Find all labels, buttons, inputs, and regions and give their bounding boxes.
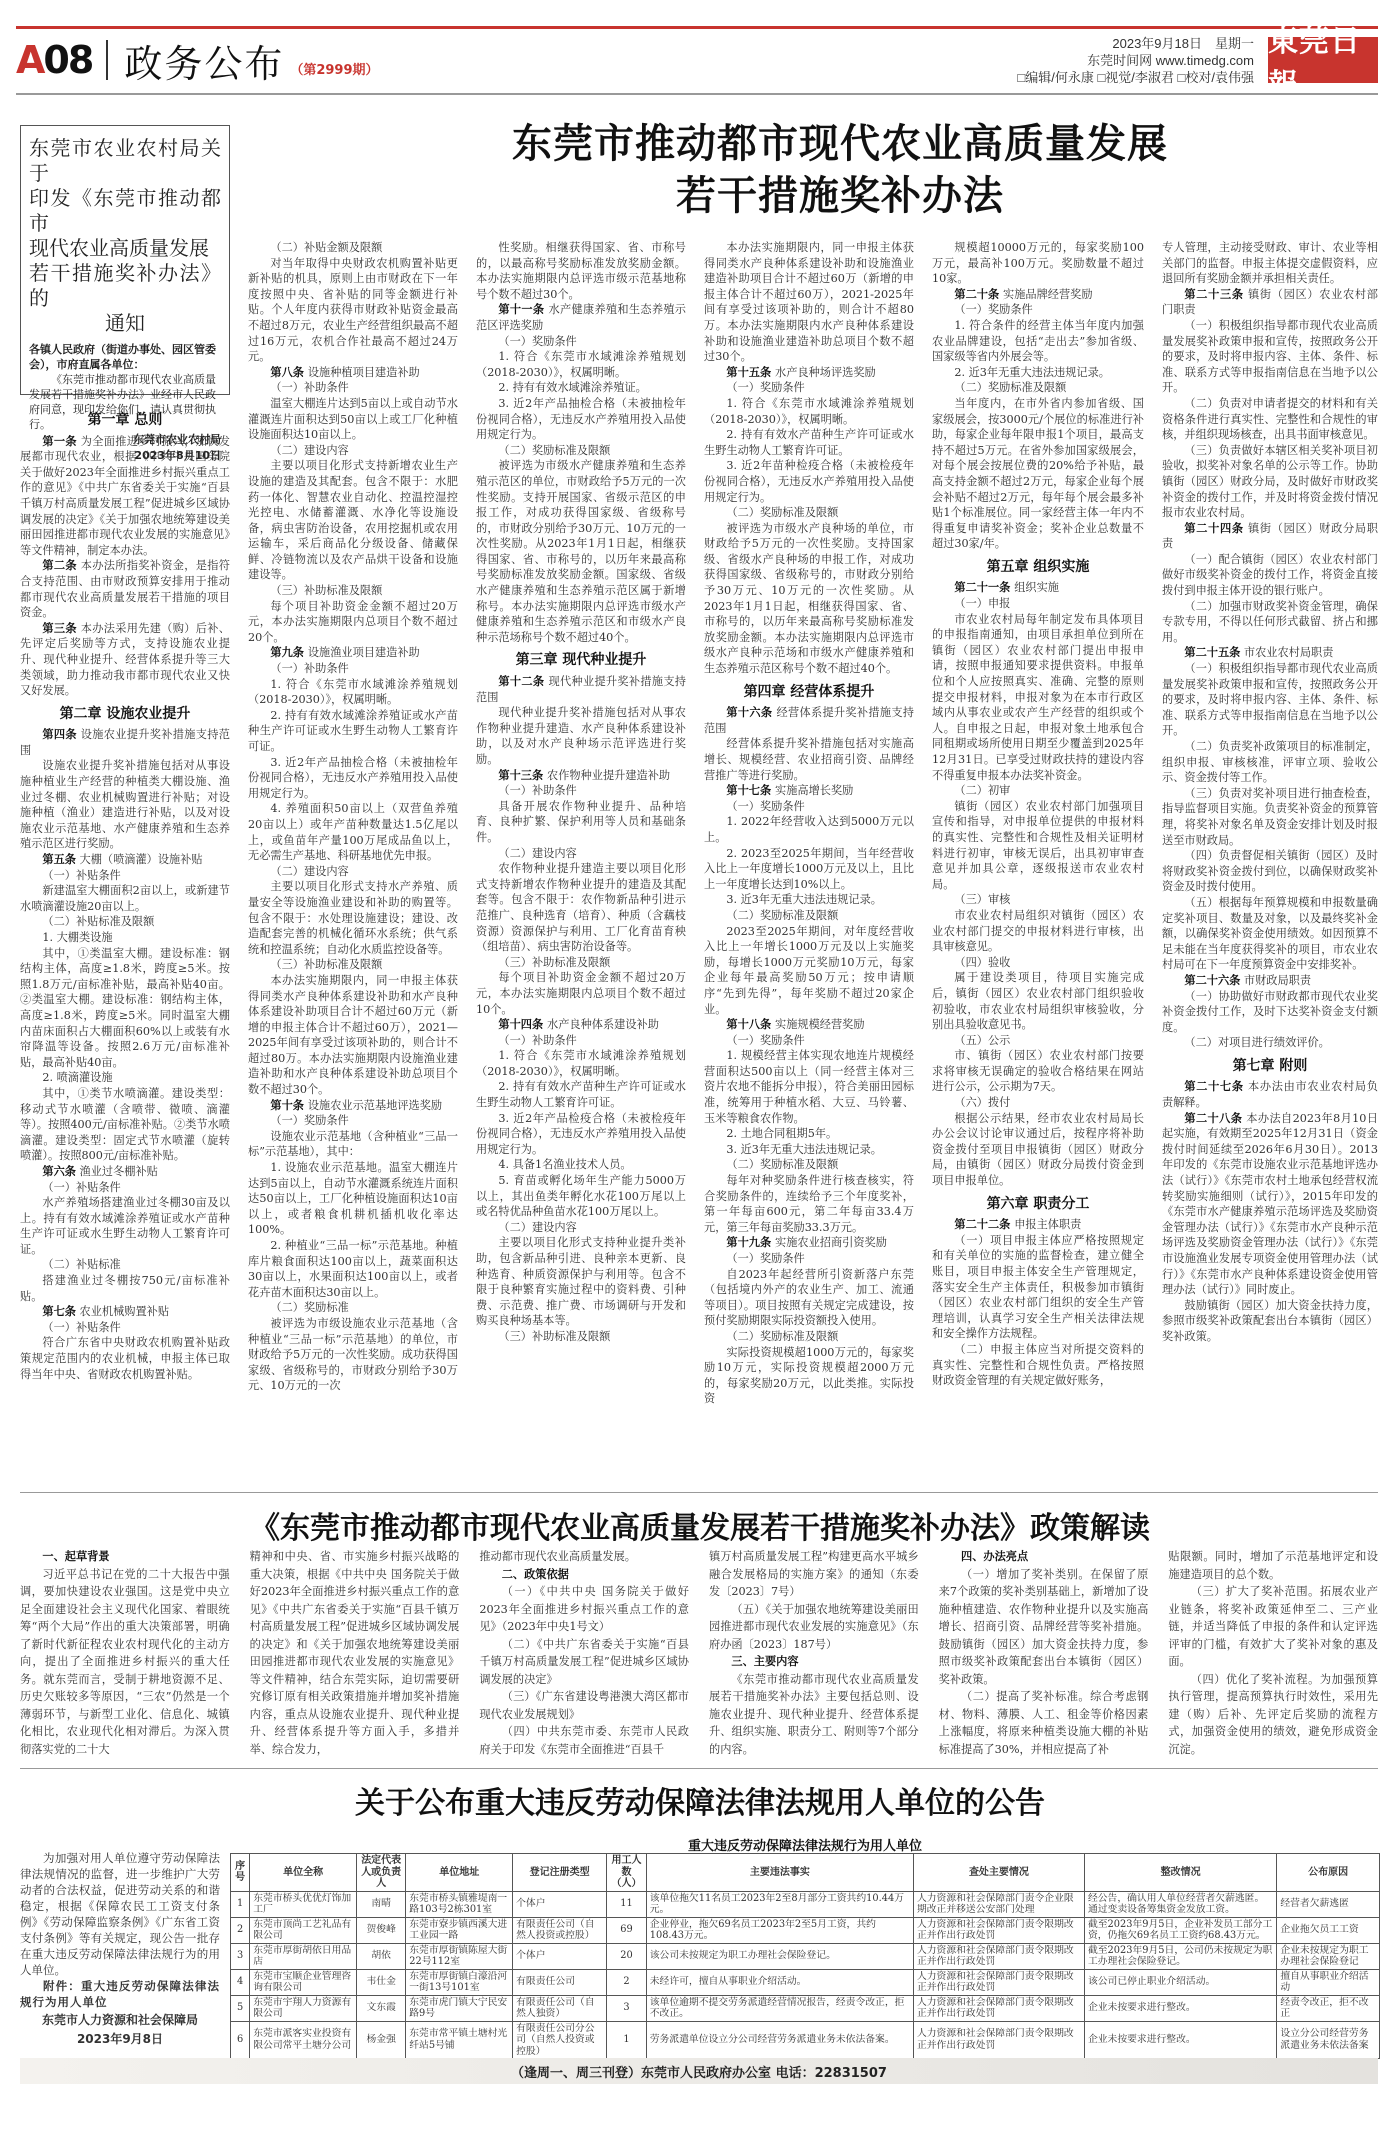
article-label: 第十八条 bbox=[726, 1018, 775, 1031]
article-label: 第十六条 bbox=[726, 706, 776, 719]
article-column-3: 性奖励。相继获得国家、省、市称号的，以最高称号奖励标准发放奖励金额。本办法实施期… bbox=[476, 240, 686, 1485]
article-label: 第十四条 bbox=[498, 1018, 547, 1031]
section-divider bbox=[20, 1492, 1378, 1493]
article-column-2: （二）补贴金额及限额对当年取得中央财政农机购置补贴更新补贴的机具，原则上由市财政… bbox=[248, 240, 458, 1485]
chapter-heading: 第一章 总则 bbox=[20, 413, 230, 429]
interpretation-column-6: 贴限额。同时，增加了示范基地评定和设施建造项目的总个数。（三）扩大了奖补范围。拓… bbox=[1168, 1548, 1378, 1763]
article-label: 第二十条 bbox=[954, 288, 1003, 301]
column-header: 整改情况 bbox=[1084, 1854, 1276, 1892]
table-row: 2东莞市顶尚工艺礼品有限公司贺俊峰东莞市寮步镇西溪大进工业园一路有限责任公司（自… bbox=[231, 1917, 1380, 1943]
table-row: 5东莞市宇翔人力资源有限公司文东霞东莞市虎门镇大宁民安路9号有限责任公司（自然人… bbox=[231, 1995, 1380, 2021]
violations-table-title: 重大违反劳动保障法律法规行为用人单位 bbox=[230, 1835, 1380, 1854]
article-column-6: 专人管理，主动接受财政、审计、农业等相关部门的监督。申报主体提交虚假资料，应退回… bbox=[1162, 240, 1378, 1485]
article-column-4: 本办法实施期限内，同一申报主体获得同类水产良种体系建设补助和设施渔业建造补助项目… bbox=[704, 240, 914, 1485]
website[interactable]: 东莞时间网 www.timedg.com bbox=[1017, 52, 1254, 69]
violations-table: 序号单位全称法定代表人或负责人单位地址登记注册类型用工人数（人）主要违法事实查处… bbox=[230, 1853, 1380, 2059]
masthead-meta: 2023年9月18日 星期一 东莞时间网 www.timedg.com □编辑/… bbox=[1017, 35, 1254, 86]
masthead-divider bbox=[106, 40, 108, 80]
column-header: 法定代表人或负责人 bbox=[357, 1854, 406, 1892]
interpretation-column-4: 镇万村高质量发展工程”构建更高水平城乡融合发展格局的实施方案》的通知（东委发〔2… bbox=[709, 1548, 919, 1763]
column-header: 序号 bbox=[231, 1854, 250, 1892]
credits: □编辑/何永康 □视觉/李淑君 □校对/袁伟强 bbox=[1017, 69, 1254, 86]
masthead-bottom-rule bbox=[16, 93, 1378, 95]
interpretation-heading: 四、办法亮点 bbox=[939, 1548, 1149, 1566]
interpretation-column-2: 精神和中央、省、市实施乡村振兴战略的重大决策，根据《中共中央 国务院关于做好20… bbox=[250, 1548, 460, 1763]
article-column-1: 第一章 总则 第一条 为全面推进乡村振兴，加快发展都市现代农业，根据《中共中央国… bbox=[20, 405, 230, 1485]
article-label: 第八条 bbox=[270, 366, 307, 379]
main-article-title: 东莞市推动都市现代农业高质量发展 若干措施奖补办法 bbox=[300, 118, 1380, 222]
interpretation-column-1: 一、起草背景习近平总书记在党的二十大报告中强调，要加快建设农业强国。这是党中央立… bbox=[20, 1548, 230, 1763]
notice-title-line: 东莞市农业农村局关于 bbox=[29, 136, 221, 186]
article-label: 第二十一条 bbox=[954, 581, 1014, 594]
labor-notice-intro: 为加强对用人单位遵守劳动保障法律法规情况的监督，进一步维护广大劳动者的合法权益，… bbox=[20, 1850, 220, 2048]
page-number: A08 bbox=[16, 41, 92, 79]
table-body: 1东莞市桥头优优灯饰加工厂南晴东莞市桥头镇雅堤南一路103号2栋301室个体户1… bbox=[231, 1891, 1380, 2059]
interpretation-column-3: 推动都市现代农业高质量发展。二、政策依据（一）《中共中央 国务院关于做好2023… bbox=[479, 1548, 689, 1763]
notice-title-line: 通知 bbox=[29, 311, 221, 336]
page-footer: （逢周一、周三刊登）东莞市人民政府办公室 电话：22831507 bbox=[20, 2058, 1378, 2084]
notice-title-line: 印发《东莞市推动都市 bbox=[29, 186, 221, 236]
issuance-notice-box: 东莞市农业农村局关于 印发《东莞市推动都市 现代农业高质量发展 若干措施奖补办法… bbox=[20, 125, 230, 395]
issue-number: （第2999期） bbox=[290, 59, 378, 78]
article-column-5: 规模超10000万元的，每家奖励100万元，最高补100万元。奖励数量不超过10… bbox=[932, 240, 1144, 1485]
top-red-rule bbox=[16, 26, 1378, 29]
chapter-heading: 第二章 设施农业提升 bbox=[20, 707, 230, 723]
notice-title-line: 若干措施奖补办法》的 bbox=[29, 261, 221, 311]
publish-date: 2023年9月18日 星期一 bbox=[1017, 35, 1254, 52]
chapter-heading: 第五章 组织实施 bbox=[932, 560, 1144, 576]
masthead: A08 政务公布 （第2999期） 2023年9月18日 星期一 东莞时间网 w… bbox=[16, 32, 1378, 88]
article-label: 第十九条 bbox=[726, 1236, 775, 1249]
interpretation-heading: 三、主要内容 bbox=[709, 1653, 919, 1671]
interpretation-columns: 一、起草背景习近平总书记在党的二十大报告中强调，要加快建设农业强国。这是党中央立… bbox=[20, 1548, 1378, 1763]
chapter-heading: 第三章 现代种业提升 bbox=[476, 653, 686, 669]
column-header: 用工人数（人） bbox=[607, 1854, 647, 1892]
article-label: 第九条 bbox=[270, 646, 307, 659]
chapter-heading: 第七章 附则 bbox=[1162, 1059, 1378, 1075]
article-label: 第十一条 bbox=[498, 303, 548, 316]
labor-notice-signer: 东莞市人力资源和社会保障局 bbox=[20, 2012, 220, 2029]
article-label: 第十三条 bbox=[498, 769, 547, 782]
article-label: 第十五条 bbox=[726, 366, 775, 379]
column-header: 登记注册类型 bbox=[513, 1854, 607, 1892]
column-header: 单位全称 bbox=[250, 1854, 357, 1892]
article-label: 第十二条 bbox=[498, 675, 548, 688]
chapter-heading: 第六章 职责分工 bbox=[932, 1197, 1144, 1213]
section-name: 政务公布 bbox=[124, 33, 284, 88]
interpretation-heading: 一、起草背景 bbox=[20, 1548, 230, 1566]
table-header-row: 序号单位全称法定代表人或负责人单位地址登记注册类型用工人数（人）主要违法事实查处… bbox=[231, 1854, 1380, 1892]
column-header: 公布原因 bbox=[1277, 1854, 1380, 1892]
labor-notice-date: 2023年9月8日 bbox=[20, 2031, 220, 2048]
notice-title-line: 现代农业高质量发展 bbox=[29, 236, 221, 261]
table-row: 1东莞市桥头优优灯饰加工厂南晴东莞市桥头镇雅堤南一路103号2栋301室个体户1… bbox=[231, 1891, 1380, 1917]
attachment-note: 附件：重大违反劳动保障法律法规行为用人单位 bbox=[20, 1978, 220, 2010]
article-label: 第二十二条 bbox=[954, 1218, 1014, 1231]
labor-notice-title: 关于公布重大违反劳动保障法律法规用人单位的公告 bbox=[0, 1778, 1400, 1822]
interpretation-heading: 二、政策依据 bbox=[479, 1566, 689, 1584]
table-row: 3东莞市厚街胡依日用品店胡依东莞市厚街镇陈屋大街22号112室个体户20该公司未… bbox=[231, 1943, 1380, 1969]
section-divider bbox=[20, 1768, 1378, 1769]
interpretation-title: 《东莞市推动都市现代农业高质量发展若干措施奖补办法》政策解读 bbox=[0, 1503, 1400, 1547]
newspaper-logo: 東莞日報 bbox=[1268, 37, 1378, 83]
table-row: 4东莞市宝顺企业管理咨询有限公司韦仕金东莞市厚街镇白濠沿河一街13号101室有限… bbox=[231, 1969, 1380, 1995]
column-header: 查处主要情况 bbox=[913, 1854, 1084, 1892]
column-header: 主要违法事实 bbox=[646, 1854, 913, 1892]
interpretation-column-5: 四、办法亮点（一）增加了奖补类别。在保留了原来7个政策的奖补类别基础上，新增加了… bbox=[939, 1548, 1149, 1763]
table-row: 6东莞市派客实业投资有限公司常平土塘分公司杨金强东莞市常平镇土塘村光纤站5号铺有… bbox=[231, 2021, 1380, 2059]
column-header: 单位地址 bbox=[406, 1854, 513, 1892]
article-label: 第十七条 bbox=[726, 784, 775, 797]
notice-addressee: 各镇人民政府（街道办事处、园区管委会），市府直属各单位： bbox=[29, 342, 221, 372]
chapter-heading: 第四章 经营体系提升 bbox=[704, 685, 914, 701]
article-label: 第十条 bbox=[270, 1099, 307, 1112]
